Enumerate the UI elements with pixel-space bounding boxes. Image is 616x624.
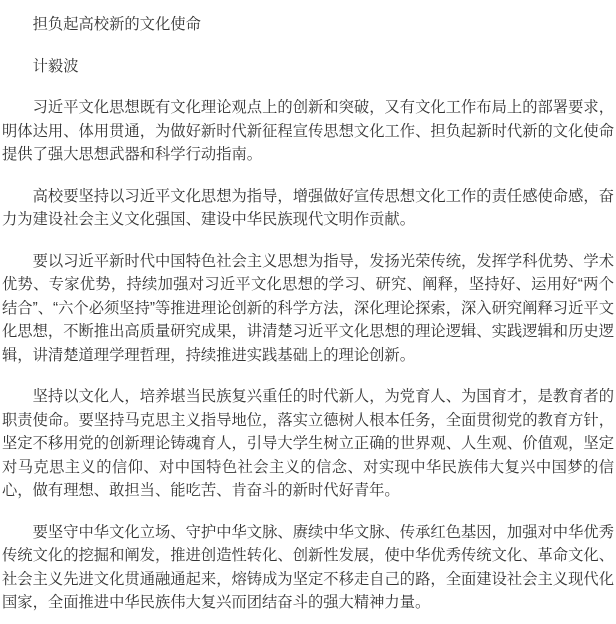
article-author: 计毅波 [2,55,614,79]
article-paragraph: 要坚守中华文化立场、守护中华文脉、赓续中华文脉、传承红色基因，加强对中华优秀传统… [2,521,614,615]
article-paragraph: 要以习近平新时代中国特色社会主义思想为指导，发扬光荣传统，发挥学科优势、学术优势… [2,250,614,368]
article-paragraph: 习近平文化思想既有文化理论观点上的创新和突破，又有文化工作布局上的部署要求，明体… [2,96,614,167]
article-paragraph: 高校要坚持以习近平文化思想为指导，增强做好宣传思想文化工作的责任感使命感，奋力为… [2,185,614,232]
article-paragraph: 坚持以文化人，培养堪当民族复兴重任的时代新人，为党育人、为国育才，是教育者的职责… [2,385,614,503]
article-title: 担负起高校新的文化使命 [2,13,614,37]
document-page: 担负起高校新的文化使命 计毅波 习近平文化思想既有文化理论观点上的创新和突破，又… [0,0,616,624]
